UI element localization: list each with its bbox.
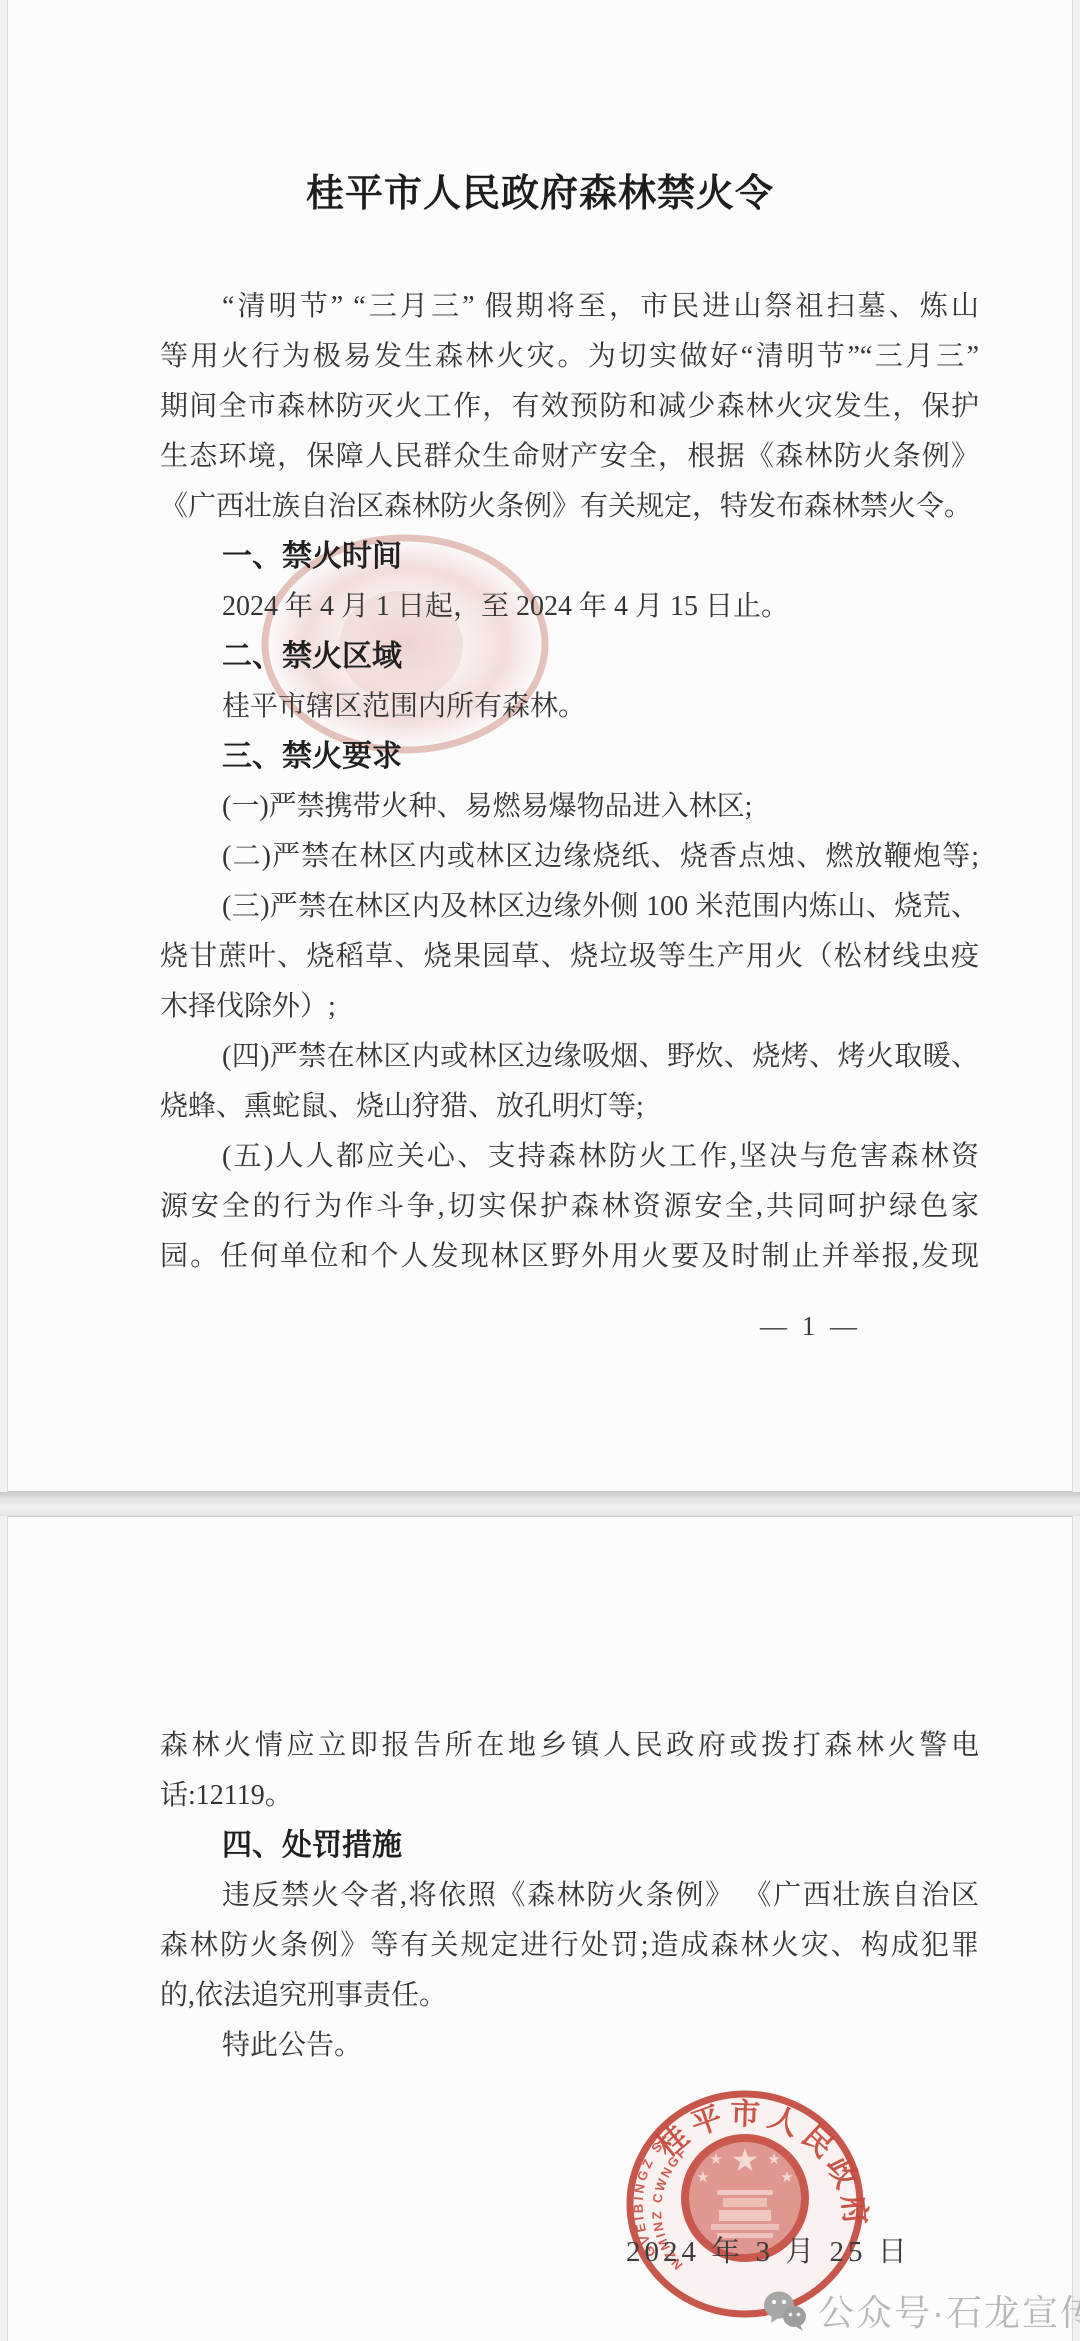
text-line: 2024 年 4 月 1 日起，至 2024 年 4 月 15 日止。: [160, 582, 979, 632]
text-line: 森林火情应立即报告所在地乡镇人民政府或拨打森林火警电: [160, 1721, 979, 1771]
text-line: (四)严禁在林区内或林区边缘吸烟、野炊、烧烤、烤火取暖、: [160, 1032, 979, 1082]
issue-date: 2024 年 3 月 25 日: [626, 2229, 911, 2270]
text-line: 木择伐除外）;: [160, 982, 979, 1032]
text-line: (三)严禁在林区内及林区边缘外侧 100 米范围内炼山、烧荒、: [160, 882, 979, 932]
text-line: “清明节” “三月三” 假期将至，市民进山祭祖扫墓、炼山: [160, 282, 979, 332]
page-number: — 1 —: [160, 1308, 979, 1344]
svg-text:桂平市人民政府: 桂平市人民政府: [651, 2098, 871, 2233]
svg-text:★: ★: [780, 2170, 793, 2186]
document-title: 桂平市人民政府森林禁火令: [8, 0, 1072, 218]
section-heading: 三、禁火要求: [160, 732, 979, 782]
svg-text:★: ★: [731, 2142, 760, 2178]
text-line: 烧蜂、熏蛇鼠、烧山狩猎、放孔明灯等;: [160, 1082, 979, 1132]
text-line: (一)严禁携带火种、易燃易爆物品进入林区;: [160, 782, 979, 832]
text-line: 《广西壮族自治区森林防火条例》有关规定，特发布森林禁火令。: [160, 482, 979, 532]
svg-text:★: ★: [767, 2152, 780, 2168]
section-heading: 一、禁火时间: [160, 532, 979, 582]
document-page-2: 森林火情应立即报告所在地乡镇人民政府或拨打森林火警电 话:12119。 四、处罚…: [7, 1516, 1073, 2341]
section-heading: 二、禁火区域: [160, 632, 979, 682]
text-line: 森林防火条例》等有关规定进行处罚;造成森林火灾、构成犯罪: [160, 1921, 979, 1971]
channel-watermark: 公众号·石龙宣传: [762, 2285, 1080, 2336]
svg-text:★: ★: [696, 2170, 709, 2186]
text-line: 期间全市森林防灭火工作，有效预防和减少森林火灾发生，保护: [160, 382, 979, 432]
text-line: 烧甘蔗叶、烧稻草、烧果园草、烧垃圾等生产用火（松材线虫疫: [160, 932, 979, 982]
text-line: 特此公告。: [160, 2021, 979, 2071]
section-heading: 四、处罚措施: [160, 1821, 979, 1871]
text-line: 违反禁火令者,将依照《森林防火条例》 《广西壮族自治区: [160, 1871, 979, 1921]
watermark-label: 公众号·石龙宣传: [818, 2285, 1080, 2336]
text-line: 生态环境，保障人民群众生命财产安全，根据《森林防火条例》: [160, 432, 979, 482]
text-line: 桂平市辖区范围内所有森林。: [160, 682, 979, 732]
text-line: 等用火行为极易发生森林火灾。为切实做好“清明节”“三月三”: [160, 332, 979, 382]
text-line: (五)人人都应关心、支持森林防火工作,坚决与危害森林资: [160, 1132, 979, 1182]
text-line: 的,依法追究刑事责任。: [160, 1971, 979, 2021]
document-page-1: 桂平市人民政府森林禁火令 “清明节” “三月三” 假期将至，市民进山祭祖扫墓、炼…: [7, 0, 1073, 1492]
page-separator: [0, 1492, 1080, 1516]
text-line: 话:12119。: [160, 1771, 979, 1821]
text-line: 源安全的行为作斗争,切实保护森林资源安全,共同呵护绿色家: [160, 1182, 979, 1232]
wechat-icon: [762, 2289, 808, 2333]
text-line: (二)严禁在林区内或林区边缘烧纸、烧香点烛、燃放鞭炮等;: [160, 832, 979, 882]
text-line: 园。任何单位和个人发现林区野外用火要及时制止并举报,发现: [160, 1232, 979, 1282]
seal-org-name: 桂平市人民政府: [651, 2098, 871, 2233]
svg-text:★: ★: [709, 2152, 722, 2168]
